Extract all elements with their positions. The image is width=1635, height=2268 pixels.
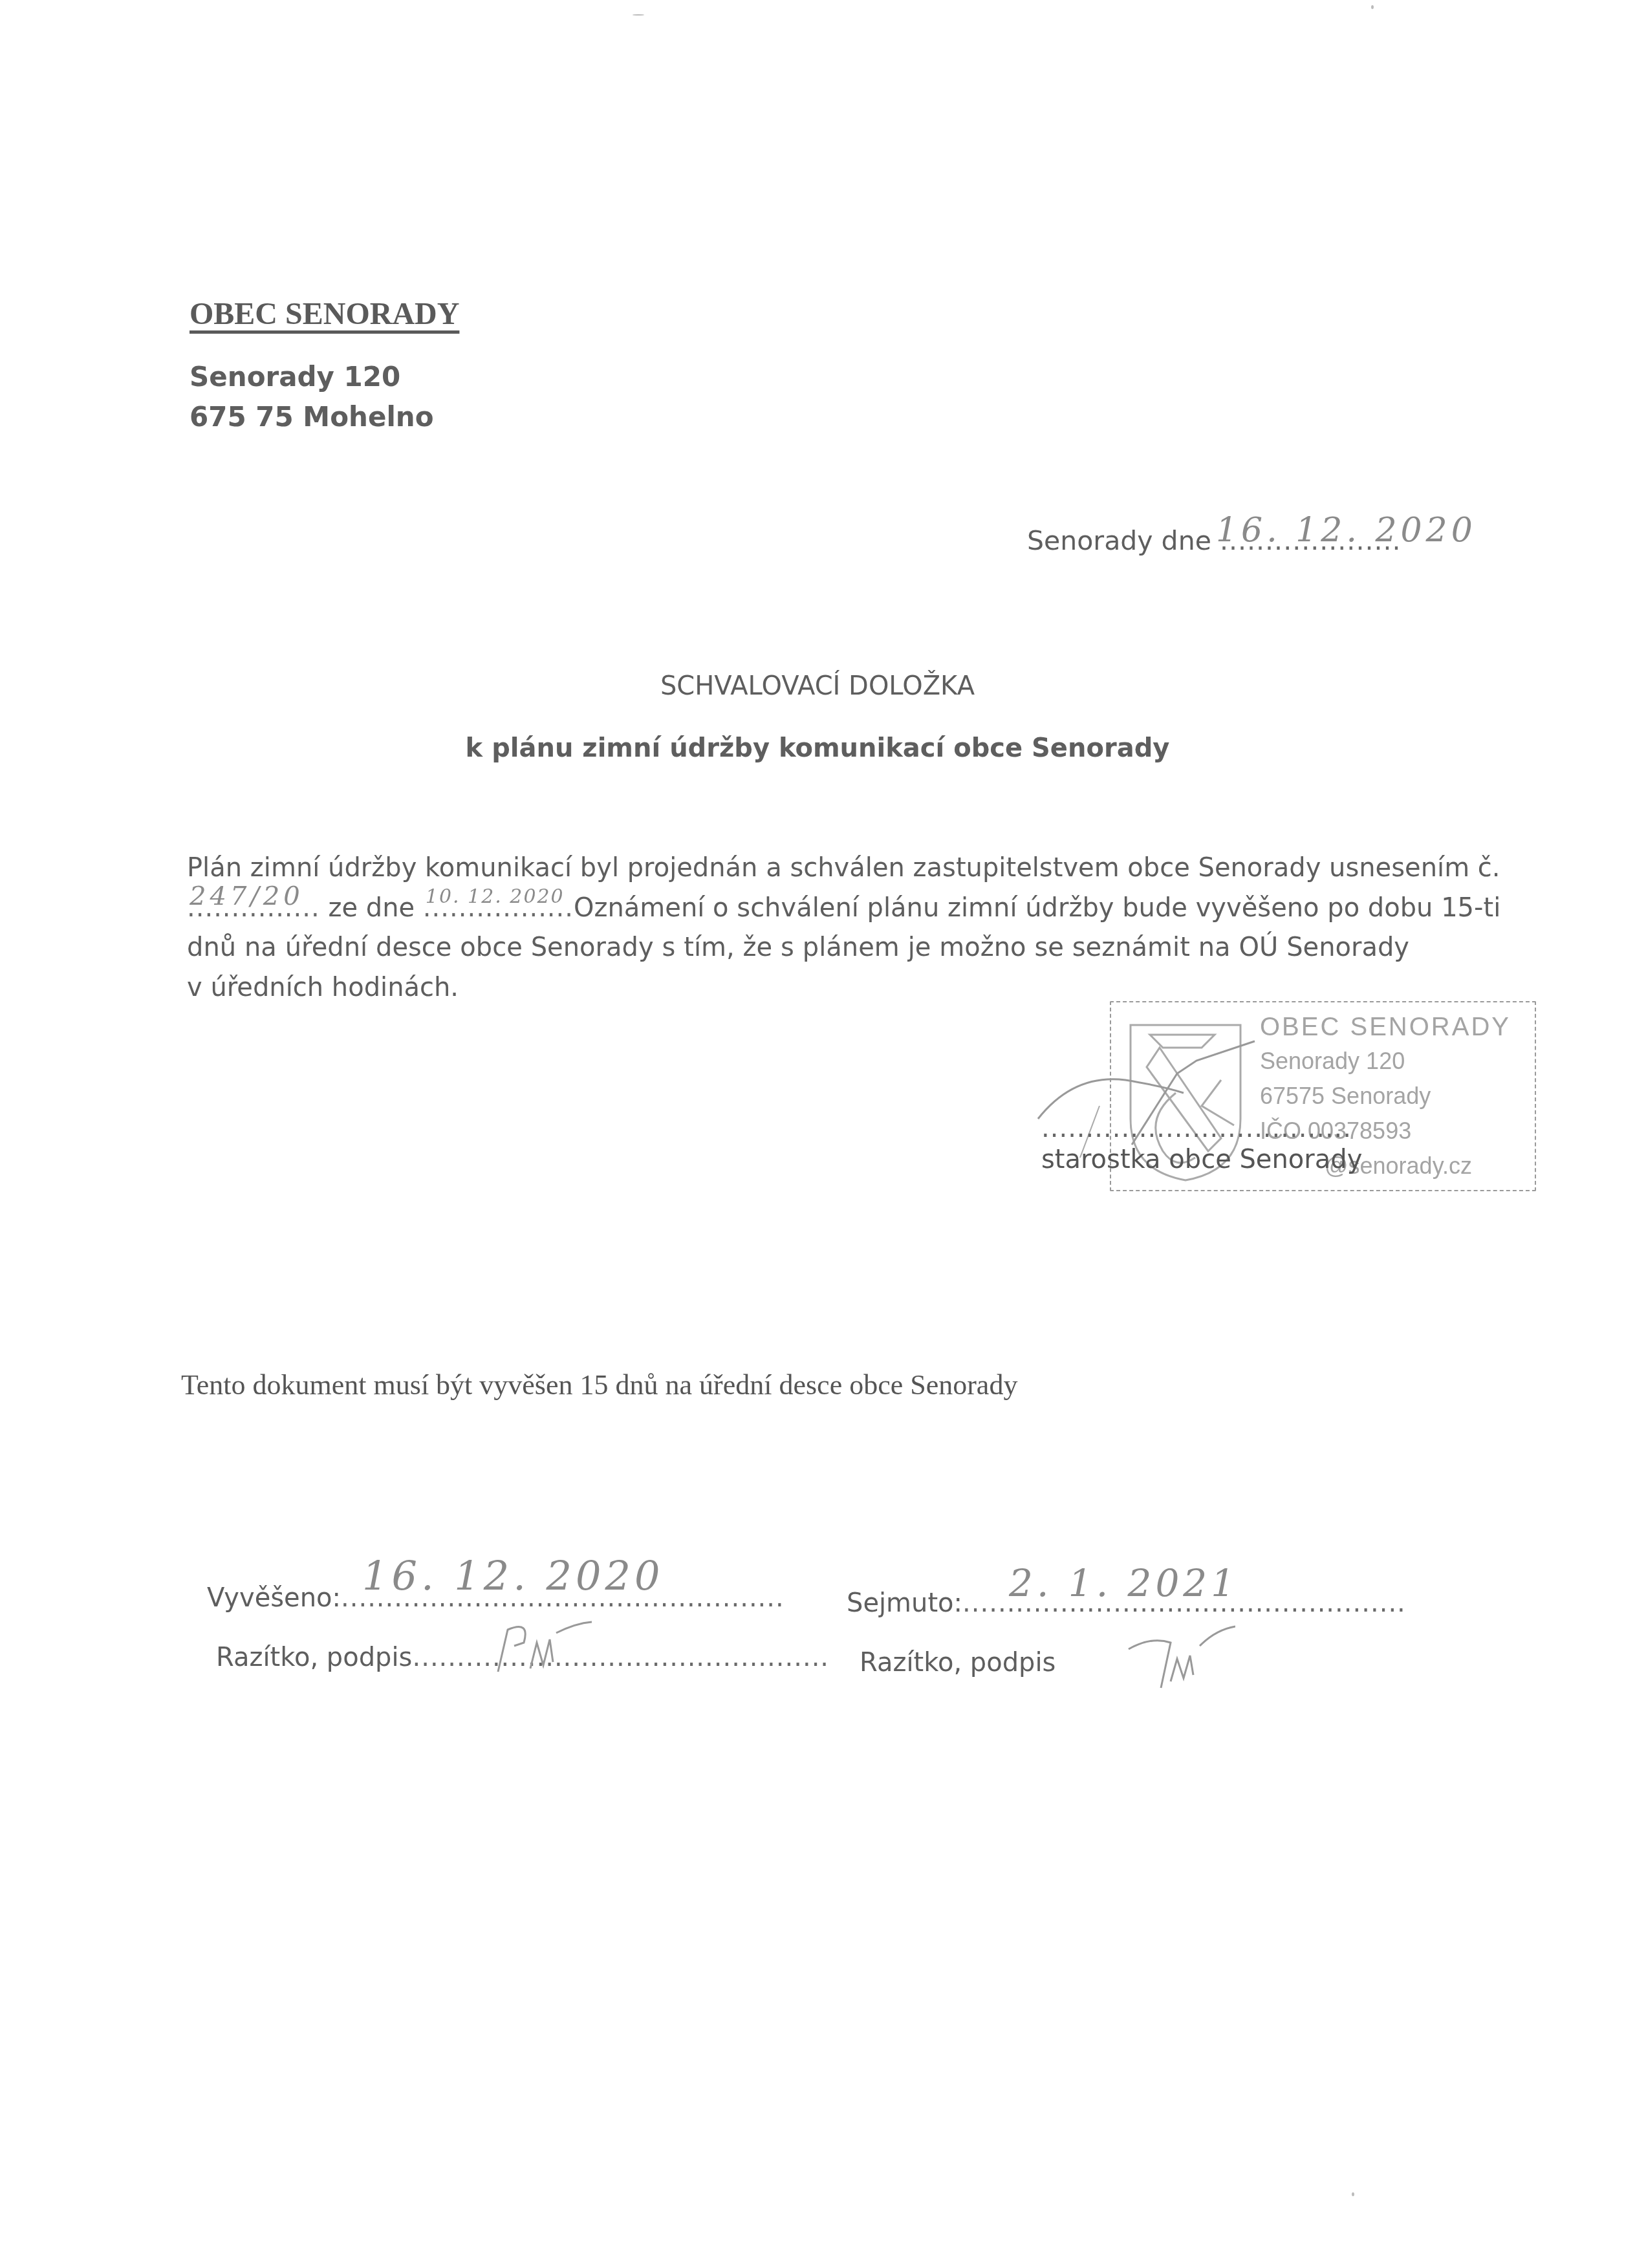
paragraph-line-3: dnů na úřední desce obce Senorady s tím,… [187,928,1409,968]
removed-date-handwritten: 2. 1. 2021 [1009,1561,1239,1605]
stamp-organization: OBEC SENORADY [1260,1013,1511,1042]
removed-signature-mark [1125,1623,1235,1694]
signature-dots: ................................... [1041,1114,1352,1143]
document-subtitle: k plánu zimní údržby komunikací obce Sen… [0,733,1635,763]
scan-speck [1371,5,1374,9]
resolution-number-handwritten: 247/20 [189,877,304,917]
address-line-2: 675 75 Mohelno [189,401,434,433]
paragraph-line-1: Plán zimní údržby komunikací byl projedn… [187,848,1409,889]
resolution-number-field: ...............247/20 [187,889,320,929]
paragraph-ze-dne: ze dne [320,893,423,923]
posting-note: Tento dokument musí být vyvěšen 15 dnů n… [181,1368,1017,1401]
paragraph-line-2-end: Oznámení o schválení plánu zimní údržby … [574,893,1500,923]
approval-paragraph: Plán zimní údržby komunikací byl projedn… [187,848,1409,1008]
resolution-date-handwritten: 10. 12. 2020 [426,877,565,917]
removed-label: Sejmuto: [847,1588,962,1618]
stamp-address: Senorady 120 [1260,1048,1405,1075]
scan-speck [633,14,644,16]
paragraph-line-2: ...............247/20 ze dne ...........… [187,889,1409,929]
document-title: SCHVALOVACÍ DOLOŽKA [0,671,1635,701]
stamp-postcode-city: 67575 Senorady [1260,1083,1431,1110]
posted-signature-mark [485,1617,595,1675]
removed-sign-label: Razítko, podpis [860,1648,1056,1678]
posted-sign-label: Razítko, podpis [216,1643,412,1672]
organization-name: OBEC SENORADY [189,296,459,332]
posted-sign-dots: ........................................… [412,1643,829,1672]
signer-title: starostka obce Senorady [1041,1145,1362,1174]
posted-date-handwritten: 16. 12. 2020 [362,1552,664,1599]
handwritten-date: 16. 12. 2020 [1216,511,1477,550]
place-date-label: Senorady dne [1027,525,1211,556]
posted-label: Vyvěšeno: [207,1583,341,1613]
resolution-date-field: .................10. 12. 2020 [423,889,574,929]
address-line-1: Senorady 120 [189,361,400,393]
scan-speck [1352,2192,1354,2196]
